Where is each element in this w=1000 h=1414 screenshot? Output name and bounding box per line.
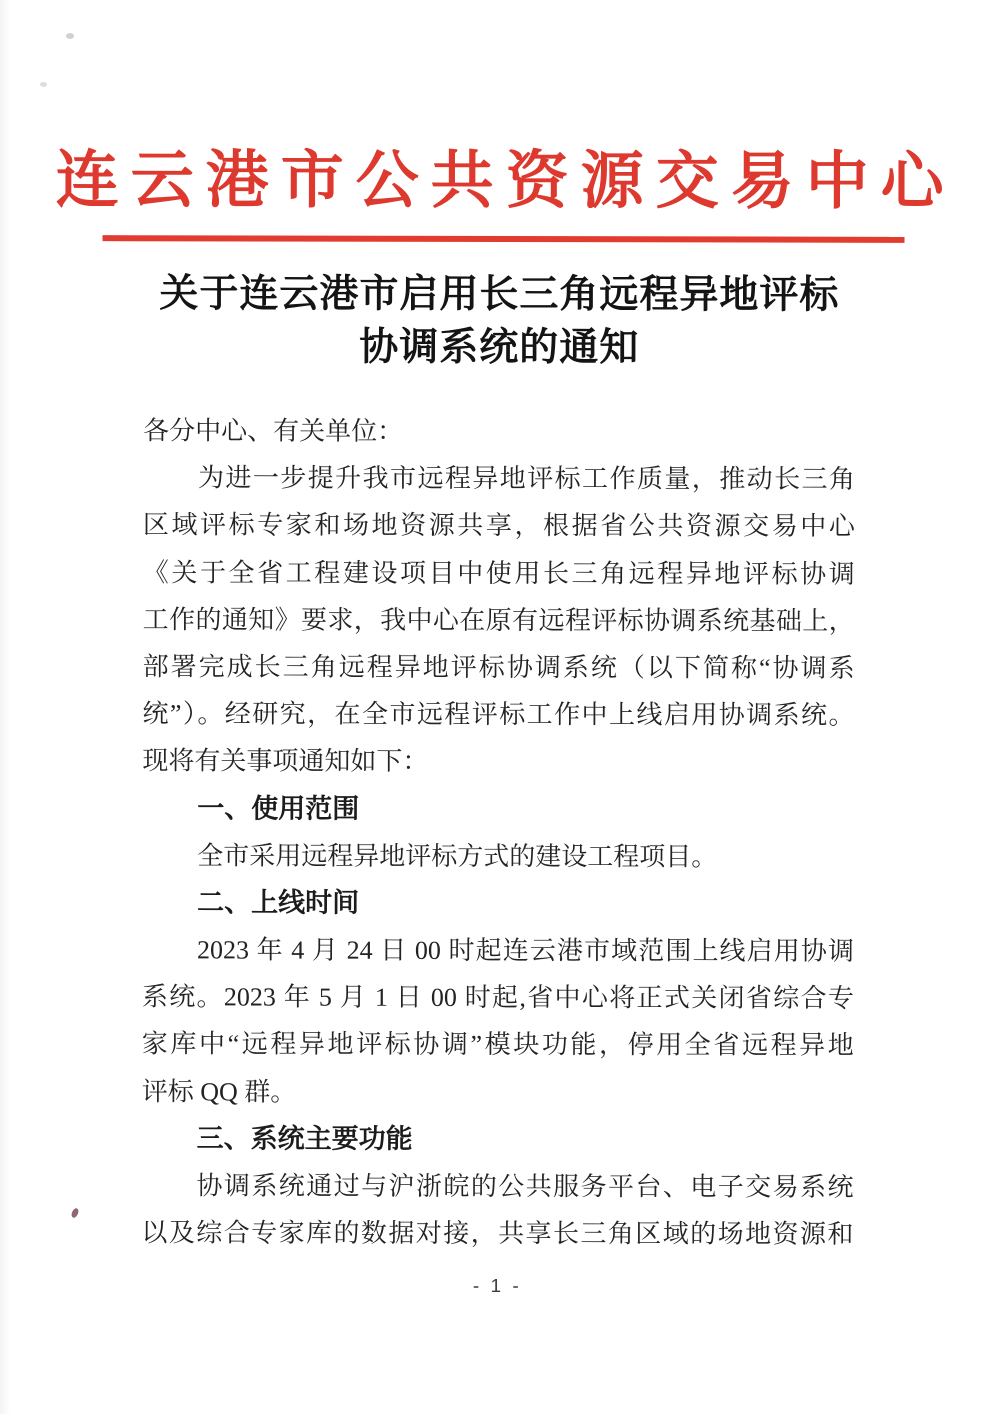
document-title: 关于连云港市启用长三角远程异地评标 协调系统的通知 xyxy=(0,267,999,375)
page-number: - 1 - xyxy=(0,1275,997,1299)
document-title-line1: 关于连云港市启用长三角远程异地评标 xyxy=(0,267,999,322)
letterhead-org-name: 连云港市公共资源交易中心 xyxy=(0,129,1000,222)
document-title-line2: 协调系统的通知 xyxy=(0,320,999,375)
body-line: 工作的通知》要求，我中心在原有远程评标协调系统基础上， xyxy=(143,596,855,645)
body-line: 统”）。经研究，在全市远程评标工作中上线启用协调系统。 xyxy=(142,690,854,739)
body-line: 系统。2023 年 5 月 1 日 00 时起,省中心将正式关闭省综合专 xyxy=(142,974,854,1023)
body-line: 评标 QQ 群。 xyxy=(142,1068,854,1117)
body-line: 为进一步提升我市远程异地评标工作质量，推动长三角 xyxy=(143,454,855,503)
letterhead-divider-rule xyxy=(102,235,904,243)
body-line: 二、上线时间 xyxy=(142,879,854,928)
document-content: 连云港市公共资源交易中心 关于连云港市启用长三角远程异地评标 协调系统的通知 各… xyxy=(0,0,1000,1414)
body-line: 一、使用范围 xyxy=(142,785,854,834)
body-line: 2023 年 4 月 24 日 00 时起连云港市域范围上线启用协调 xyxy=(142,926,854,975)
scanned-notice-page: 连云港市公共资源交易中心 关于连云港市启用长三角远程异地评标 协调系统的通知 各… xyxy=(0,0,1000,1414)
body-line: 现将有关事项通知如下： xyxy=(142,738,854,787)
body-line: 协调系统通过与沪浙皖的公共服务平台、电子交易系统 xyxy=(141,1162,853,1211)
body-line: 部署完成长三角远程异地评标协调系统（以下简称“协调系 xyxy=(143,643,855,692)
body-line: 以及综合专家库的数据对接，共享长三角区域的场地资源和 xyxy=(141,1209,853,1258)
body-line: 家库中“远程异地评标协调”模块功能，停用全省远程异地 xyxy=(142,1021,854,1070)
body-line: 全市采用远程异地评标方式的建设工程项目。 xyxy=(142,832,854,881)
body-line: 各分中心、有关单位： xyxy=(143,407,855,456)
body-line: 《关于全省工程建设项目中使用长三角远程异地评标协调 xyxy=(143,549,855,598)
body-line: 三、系统主要功能 xyxy=(142,1115,854,1164)
body-line: 区域评标专家和场地资源共享，根据省公共资源交易中心 xyxy=(143,502,855,551)
document-body: 各分中心、有关单位：为进一步提升我市远程异地评标工作质量，推动长三角区域评标专家… xyxy=(141,407,855,1258)
